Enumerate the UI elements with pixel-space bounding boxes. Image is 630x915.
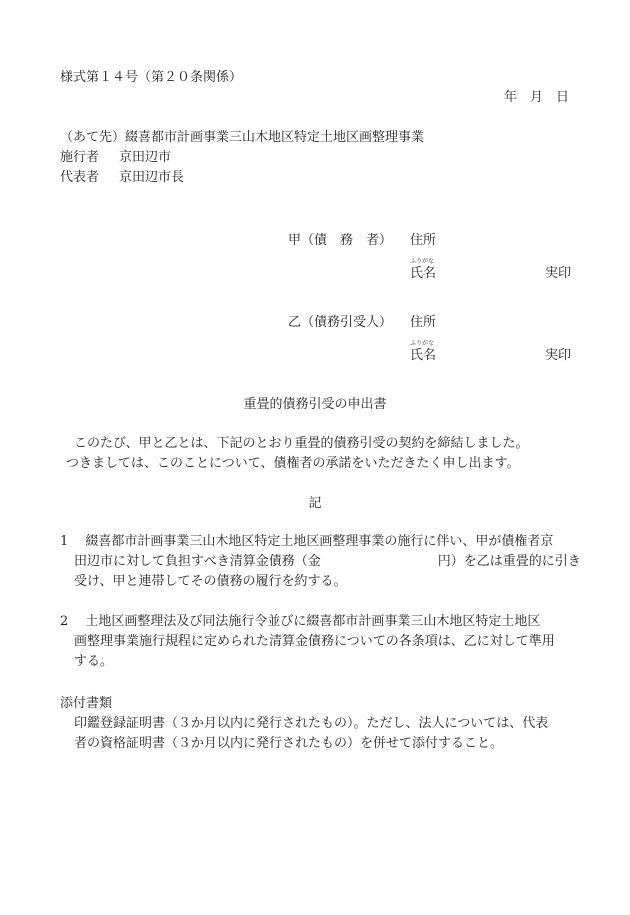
party-a-name-label: 氏名 [410, 264, 436, 283]
party-b-seal-label: 実印 [545, 346, 571, 365]
clause-2-line-3: する。 [60, 652, 580, 672]
clause-1-line-1: 1 綴喜都市計画事業三山木地区特定土地区画整理事業の施行に伴い、甲が債権者京 [60, 532, 580, 552]
representative-label: 代表者 [60, 170, 99, 185]
clause-1-line-3: 受け、甲と連帯してその債務の履行を約する。 [60, 572, 580, 592]
attachments-line-2: 者の資格証明書（３か月以内に発行されたもの）を併せて添付すること。 [74, 734, 503, 753]
representative-line: 代表者京田辺市長 [60, 168, 184, 187]
date-month-label: 月 [530, 88, 543, 107]
addressee-line: （あて先）綴喜都市計画事業三山木地区特定土地区画整理事業 [60, 128, 424, 147]
party-a-seal-label: 実印 [545, 264, 571, 283]
document-title: 重畳的債務引受の申出書 [0, 395, 630, 414]
clause-1: 1 綴喜都市計画事業三山木地区特定土地区画整理事業の施行に伴い、甲が債権者京 田… [60, 532, 580, 592]
executor-line: 施行者京田辺市 [60, 148, 171, 167]
party-b-label: 乙（債務引受人） [288, 313, 392, 332]
date-line: 年月日 [504, 88, 569, 107]
clause-1-number: 1 [60, 534, 68, 549]
clause-2-line-1: 2 土地区画整理法及び同法施行令並びに綴喜都市計画事業三山木地区特定土地区 [60, 612, 580, 632]
clause-1-line-2: 田辺市に対して負担すべき清算金債務（金 円）を乙は重畳的に引き [60, 552, 580, 572]
party-a-label: 甲（債 務 者） [288, 231, 392, 250]
party-b-address-label: 住所 [410, 313, 436, 332]
executor-label: 施行者 [60, 150, 99, 165]
clause-2: 2 土地区画整理法及び同法施行令並びに綴喜都市計画事業三山木地区特定土地区 画整… [60, 612, 580, 672]
clause-2-line-2: 画整理事業施行規程に定められた清算金債務についての各条項は、乙に対して準用 [60, 632, 580, 652]
executor-value: 京田辺市 [119, 150, 171, 165]
party-b-name-label: 氏名 [410, 346, 436, 365]
date-year-label: 年 [504, 88, 517, 107]
intro-line-2: つきましては、このことについて、債権者の承諾をいただきたく申し出ます。 [66, 454, 519, 473]
party-a-address-label: 住所 [410, 231, 436, 250]
attachments-line-1: 印鑑登録証明書（３か月以内に発行されたもの）。ただし、法人については、代表 [74, 714, 548, 733]
clause-2-number: 2 [60, 614, 68, 629]
date-day-label: 日 [556, 88, 569, 107]
attachments-heading: 添付書類 [60, 694, 112, 713]
form-number: 様式第１４号（第２０条関係） [60, 68, 242, 87]
ki-heading: 記 [0, 494, 630, 513]
representative-value: 京田辺市長 [119, 170, 184, 185]
intro-line-1: このたび、甲と乙とは、下記のとおり重畳的債務引受の契約を締結しました。 [74, 434, 528, 453]
